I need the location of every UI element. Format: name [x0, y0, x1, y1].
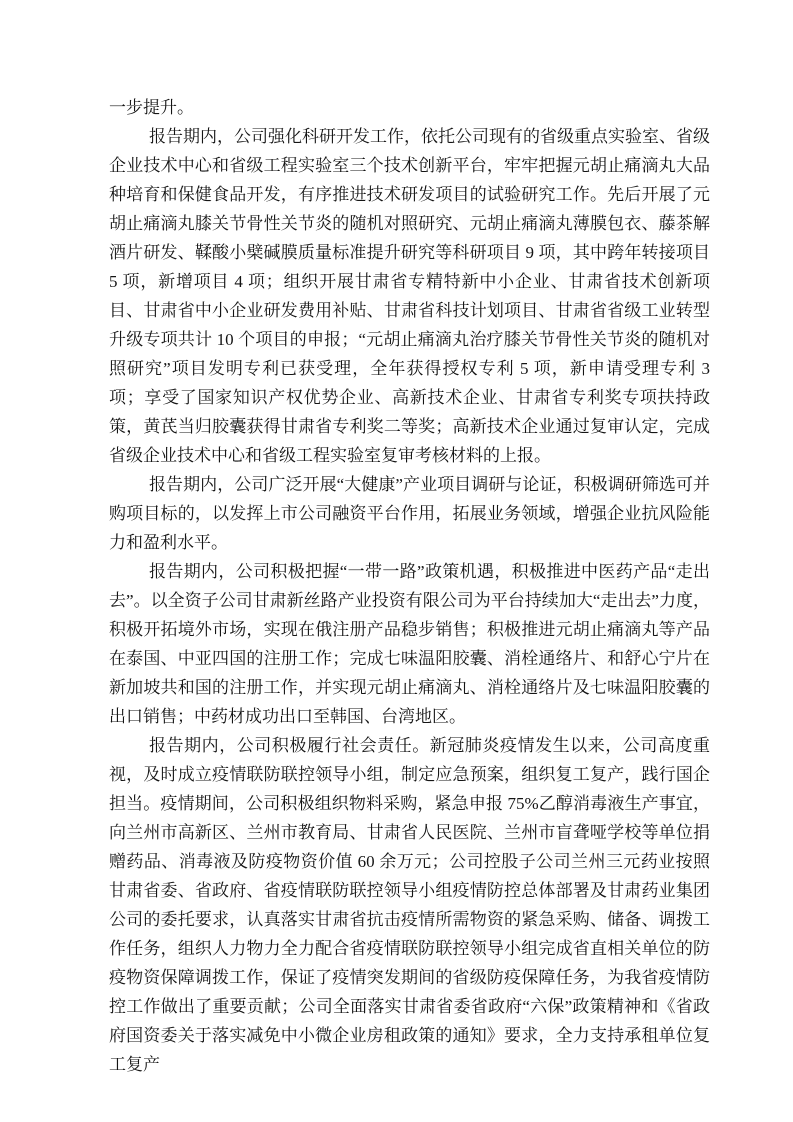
paragraph-5-social-responsibility: 报告期内，公司积极履行社会责任。新冠肺炎疫情发生以来，公司高度重视，及时成立疫情… — [109, 731, 710, 1079]
paragraph-3-big-health: 报告期内，公司广泛开展“大健康”产业项目调研与论证，积极调研筛选可并购项目标的，… — [109, 470, 710, 557]
paragraph-2-rd-work: 报告期内，公司强化科研开发工作，依托公司现有的省级重点实验室、省级企业技术中心和… — [109, 122, 710, 470]
document-page: 一步提升。 报告期内，公司强化科研开发工作，依托公司现有的省级重点实验室、省级企… — [0, 0, 793, 1122]
body-text-block: 一步提升。 报告期内，公司强化科研开发工作，依托公司现有的省级重点实验室、省级企… — [109, 93, 710, 1079]
paragraph-1-continuation: 一步提升。 — [109, 93, 710, 122]
paragraph-4-belt-and-road: 报告期内，公司积极把握“一带一路”政策机遇，积极推进中医药产品“走出去”。以全资… — [109, 557, 710, 731]
